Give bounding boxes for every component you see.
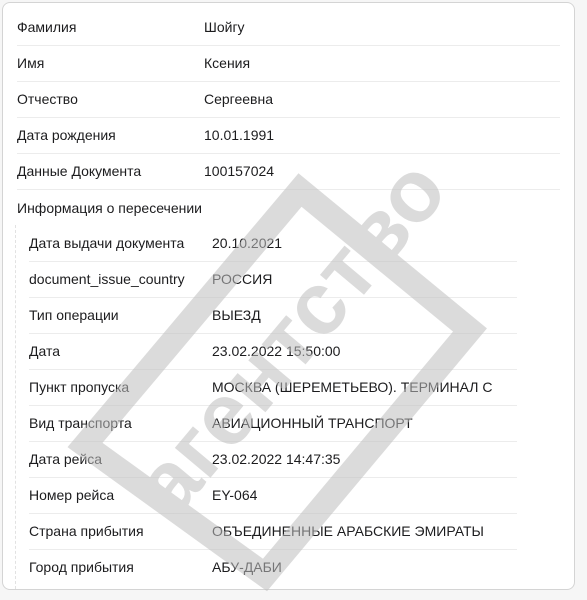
field-label: Тип операции [29,307,119,323]
field-value: 10.01.1991 [204,127,274,143]
field-value: 20.10.2021 [212,235,282,251]
crossing-section: Дата выдачи документа 20.10.2021 documen… [15,225,504,589]
crossing-row: Номер рейса EY-064 [29,477,517,514]
field-value: Ксения [204,55,250,71]
field-value: Сергеевна [204,91,273,107]
crossing-row: Дата выдачи документа 20.10.2021 [29,225,517,262]
field-value: АБУ-ДАБИ [212,559,282,575]
crossing-row: Страна прибытия ОБЪЕДИНЕННЫЕ АРАБСКИЕ ЭМ… [29,513,517,550]
field-label: Город прибытия [29,559,134,575]
field-label: Дата [29,343,60,359]
field-value: АВИАЦИОННЫЙ ТРАНСПОРТ [212,415,413,431]
field-label: Фамилия [17,19,76,35]
crossing-row: Город прибытия АБУ-ДАБИ [29,549,517,585]
crossing-row: Вид транспорта АВИАЦИОННЫЙ ТРАНСПОРТ [29,405,517,442]
field-label: Страна прибытия [29,523,144,539]
field-value: Шойгу [204,19,245,35]
field-row-name: Имя Ксения [17,45,560,82]
crossing-row: Дата 23.02.2022 15:50:00 [29,333,517,370]
field-row-patronymic: Отчество Сергеевна [17,81,560,118]
field-label: Дата рейса [29,451,102,467]
crossing-row: Тип операции ВЫЕЗД [29,297,517,334]
field-value: 23.02.2022 14:47:35 [212,451,340,467]
field-row-document: Данные Документа 100157024 [17,153,560,190]
crossing-row: Дата рейса 23.02.2022 14:47:35 [29,441,517,478]
field-label: Вид транспорта [29,415,132,431]
field-value: 23.02.2022 15:50:00 [212,343,340,359]
field-value: ОБЪЕДИНЕННЫЕ АРАБСКИЕ ЭМИРАТЫ [212,523,484,539]
field-label: Отчество [17,91,78,107]
field-value: EY-064 [212,487,257,503]
field-label: Номер рейса [29,487,114,503]
field-label: Дата выдачи документа [29,235,184,251]
field-label: Данные Документа [17,163,141,179]
crossing-row: Пункт пропуска МОСКВА (ШЕРЕМЕТЬЕВО). ТЕР… [29,369,517,406]
record-card: Фамилия Шойгу Имя Ксения Отчество Сергее… [2,2,575,590]
field-label: Имя [17,55,44,71]
field-label: Дата рождения [17,127,116,143]
crossing-row: document_issue_country РОССИЯ [29,261,517,298]
field-value: 100157024 [204,163,274,179]
field-value: РОССИЯ [212,271,272,287]
field-row-birthdate: Дата рождения 10.01.1991 [17,117,560,154]
field-value: МОСКВА (ШЕРЕМЕТЬЕВО). ТЕРМИНАЛ С [212,379,492,395]
field-label: Пункт пропуска [29,379,129,395]
field-label: document_issue_country [29,271,185,287]
field-row-surname: Фамилия Шойгу [17,9,560,46]
crossing-section-title: Информация о пересечении [17,200,202,216]
field-value: ВЫЕЗД [212,307,261,323]
